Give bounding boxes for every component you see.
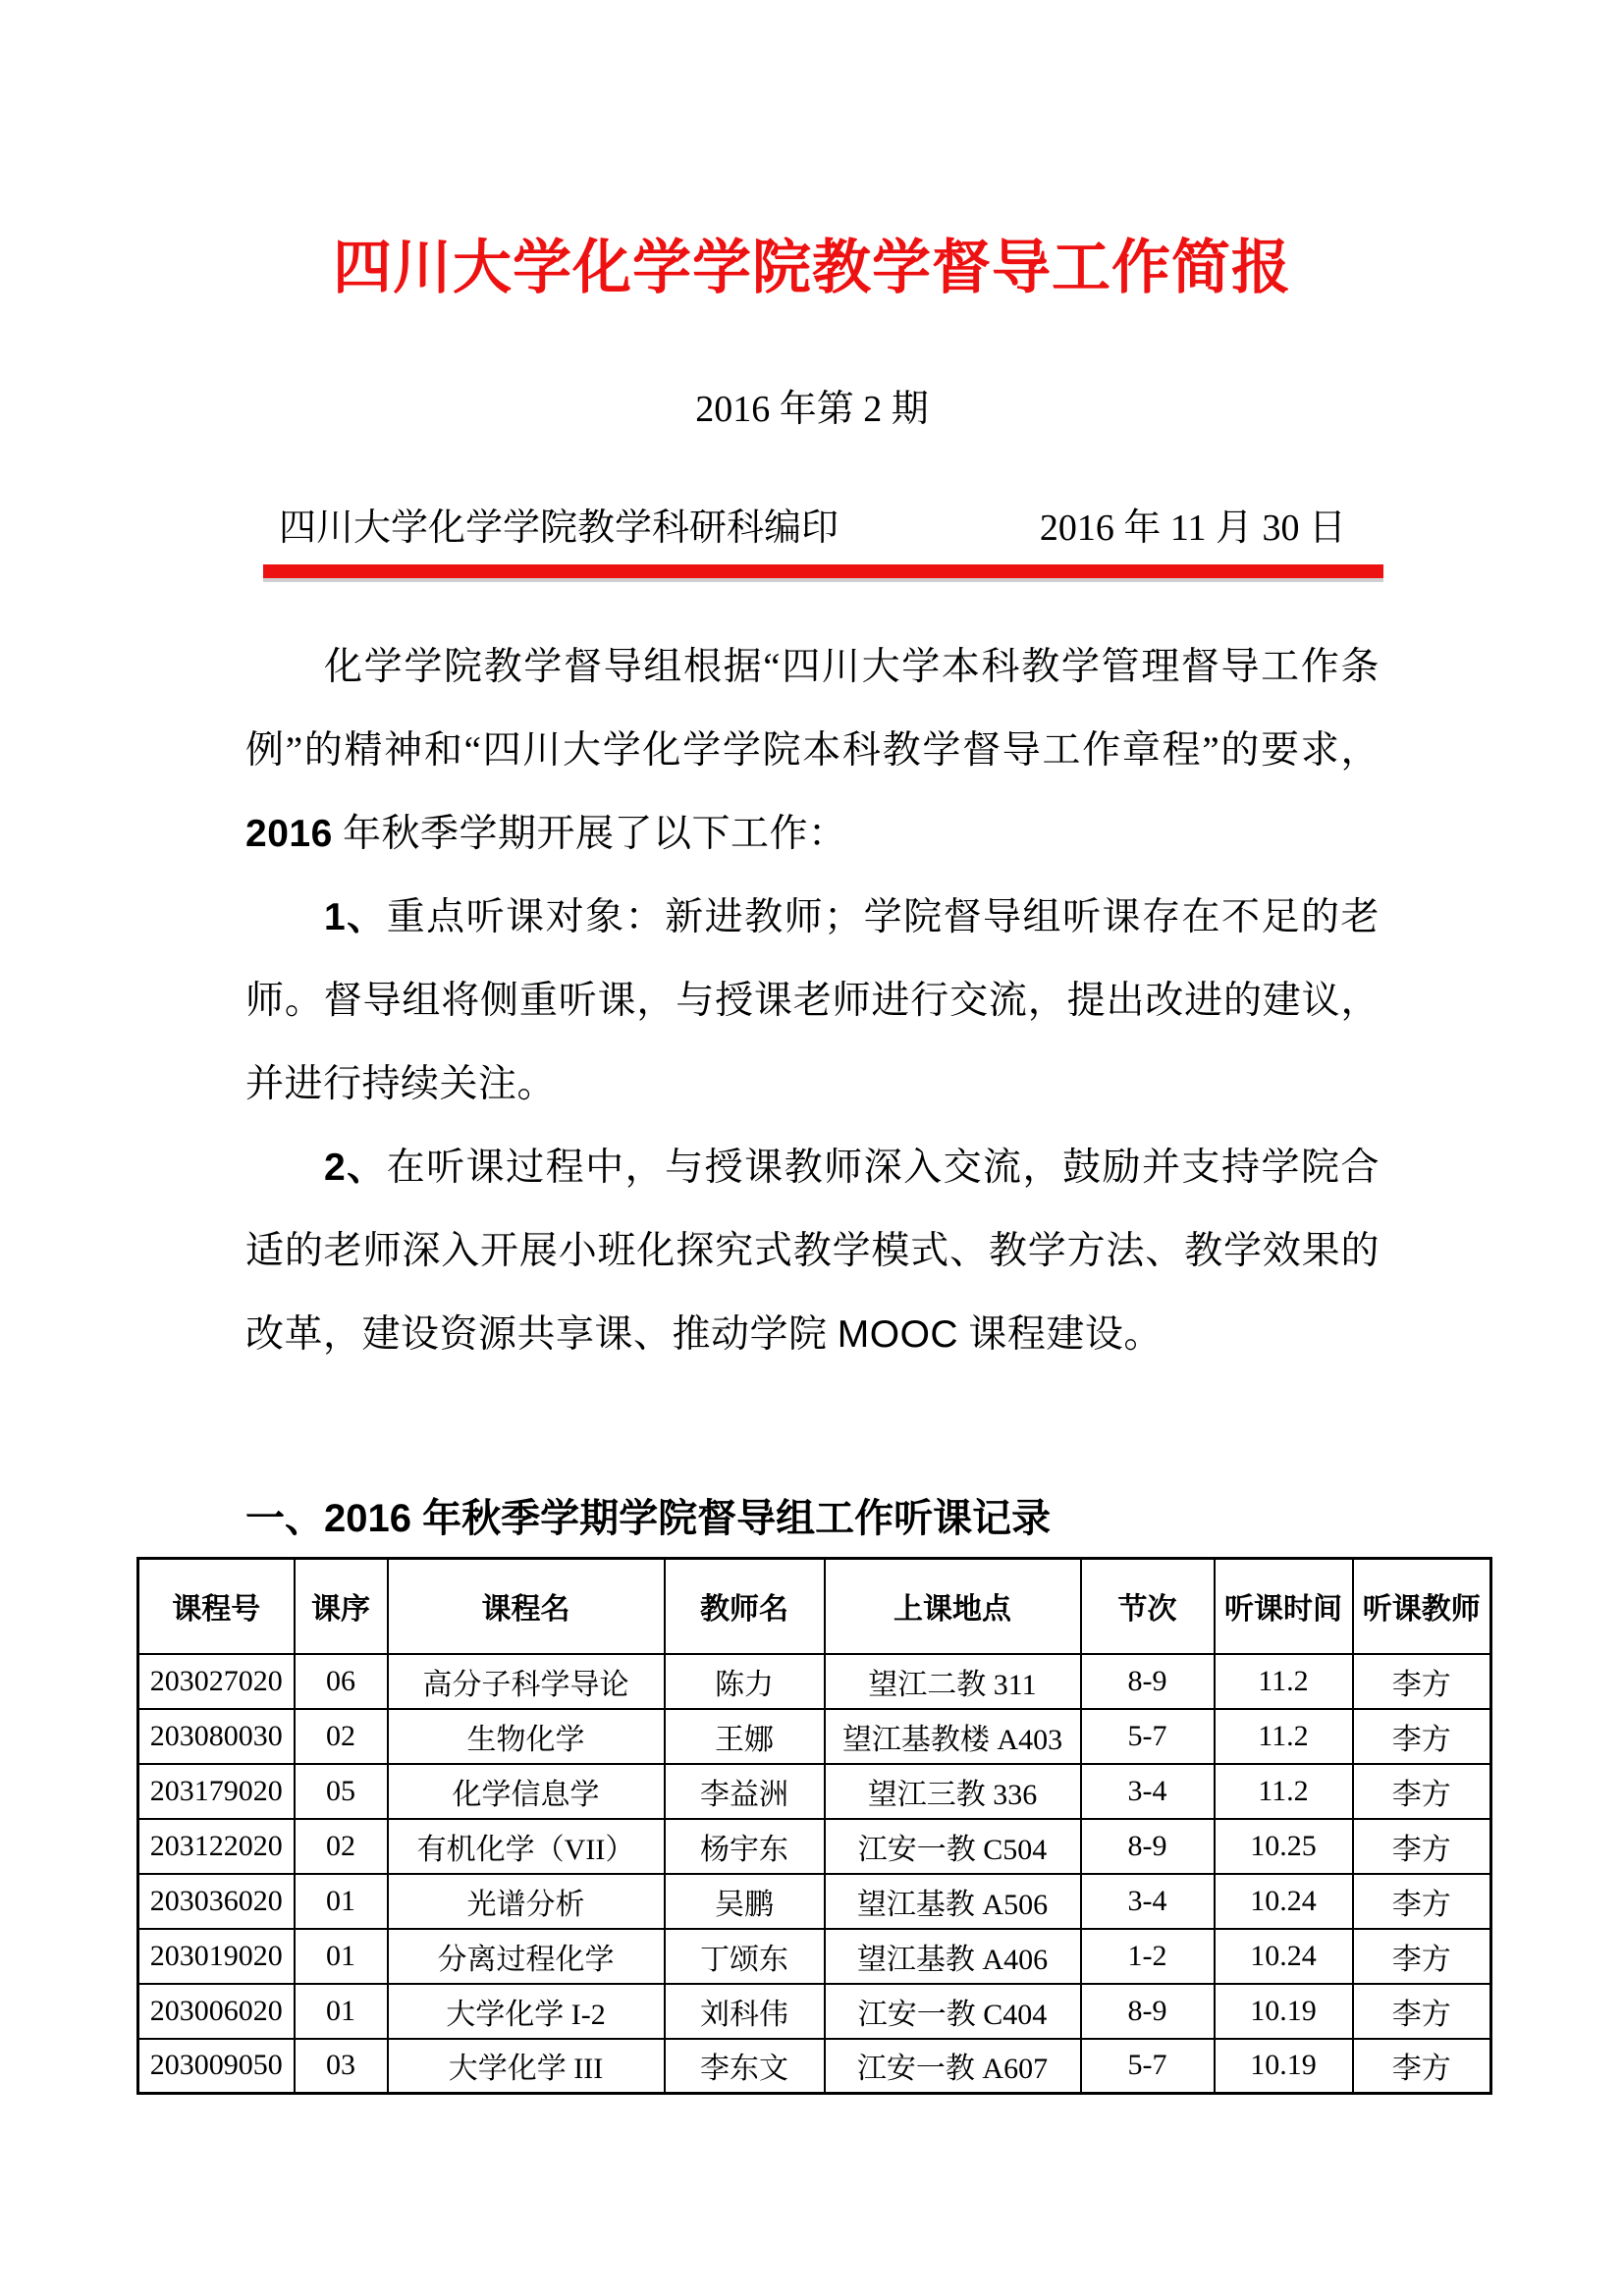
table-row: 203036020 01 光谱分析 吴鹏 望江基教 A506 3-4 10.24…	[138, 1874, 1491, 1929]
table-row: 203006020 01 大学化学 I-2 刘科伟 江安一教 C404 8-9 …	[138, 1984, 1491, 2039]
cell-location: 望江基教 A506	[825, 1874, 1081, 1929]
paragraph-item-2-number: 2、	[324, 1147, 387, 1189]
cell-course-id: 203036020	[138, 1874, 295, 1929]
paragraph-intro: 化学学院教学督导组根据“四川大学本科教学管理督导工作条例”的精神和“四川大学化学…	[245, 625, 1380, 876]
cell-course-name: 大学化学 III	[388, 2039, 665, 2094]
cell-location: 望江二教 311	[825, 1654, 1081, 1709]
issue-number: 2016 年第 2 期	[0, 388, 1624, 431]
cell-location: 望江基教楼 A403	[825, 1709, 1081, 1764]
col-header-location: 上课地点	[825, 1559, 1081, 1654]
section-heading-pre: 一、	[245, 1497, 324, 1540]
cell-period: 5-7	[1081, 1709, 1215, 1764]
cell-section: 06	[295, 1654, 388, 1709]
cell-period: 3-4	[1081, 1764, 1215, 1819]
cell-course-name: 化学信息学	[388, 1764, 665, 1819]
cell-teacher: 刘科伟	[665, 1984, 825, 2039]
table-row: 203080030 02 生物化学 王娜 望江基教楼 A403 5-7 11.2…	[138, 1709, 1491, 1764]
cell-audit-time: 11.2	[1215, 1709, 1353, 1764]
cell-section: 02	[295, 1819, 388, 1874]
section-heading: 一、2016 年秋季学期学院督导组工作听课记录	[245, 1494, 1624, 1543]
editor-label: 四川大学化学学院教学科研科编印	[279, 506, 839, 551]
paragraph-item-2: 2、在听课过程中，与授课教师深入交流，鼓励并支持学院合适的老师深入开展小班化探究…	[245, 1126, 1380, 1376]
publish-date: 2016 年 11 月 30 日	[1040, 506, 1346, 551]
cell-teacher: 王娜	[665, 1709, 825, 1764]
cell-auditor: 李方	[1353, 2039, 1491, 2094]
col-header-course-name: 课程名	[388, 1559, 665, 1654]
cell-period: 3-4	[1081, 1874, 1215, 1929]
cell-course-id: 203122020	[138, 1819, 295, 1874]
cell-teacher: 陈力	[665, 1654, 825, 1709]
paragraph-intro-text-b: 年秋季学期开展了以下工作：	[333, 813, 847, 855]
cell-teacher: 吴鹏	[665, 1874, 825, 1929]
cell-course-name: 大学化学 I-2	[388, 1984, 665, 2039]
paragraph-intro-text-a: 化学学院教学督导组根据“四川大学本科教学管理督导工作条例”的精神和“四川大学化学…	[245, 646, 1380, 772]
cell-course-name: 高分子科学导论	[388, 1654, 665, 1709]
cell-location: 江安一教 C404	[825, 1984, 1081, 2039]
cell-period: 1-2	[1081, 1929, 1215, 1984]
cell-period: 8-9	[1081, 1654, 1215, 1709]
cell-auditor: 李方	[1353, 1819, 1491, 1874]
cell-period: 8-9	[1081, 1984, 1215, 2039]
cell-location: 望江基教 A406	[825, 1929, 1081, 1984]
cell-section: 01	[295, 1984, 388, 2039]
cell-period: 5-7	[1081, 2039, 1215, 2094]
cell-course-name: 生物化学	[388, 1709, 665, 1764]
table-row: 203122020 02 有机化学（VII） 杨宇东 江安一教 C504 8-9…	[138, 1819, 1491, 1874]
section-heading-year: 2016	[324, 1497, 411, 1540]
cell-section: 02	[295, 1709, 388, 1764]
masthead-row: 四川大学化学学院教学科研科编印 2016 年 11 月 30 日	[263, 506, 1383, 578]
cell-teacher: 李东文	[665, 2039, 825, 2094]
cell-course-id: 203080030	[138, 1709, 295, 1764]
col-header-teacher: 教师名	[665, 1559, 825, 1654]
cell-audit-time: 10.24	[1215, 1929, 1353, 1984]
col-header-auditor: 听课教师	[1353, 1559, 1491, 1654]
cell-location: 望江三教 336	[825, 1764, 1081, 1819]
cell-audit-time: 10.19	[1215, 2039, 1353, 2094]
cell-section: 03	[295, 2039, 388, 2094]
cell-audit-time: 10.25	[1215, 1819, 1353, 1874]
table-row: 203027020 06 高分子科学导论 陈力 望江二教 311 8-9 11.…	[138, 1654, 1491, 1709]
course-audit-table: 课程号 课序 课程名 教师名 上课地点 节次 听课时间 听课教师 2030270…	[136, 1557, 1492, 2095]
cell-audit-time: 11.2	[1215, 1654, 1353, 1709]
cell-course-id: 203179020	[138, 1764, 295, 1819]
col-header-audit-time: 听课时间	[1215, 1559, 1353, 1654]
cell-audit-time: 11.2	[1215, 1764, 1353, 1819]
table-row: 203009050 03 大学化学 III 李东文 江安一教 A607 5-7 …	[138, 2039, 1491, 2094]
paragraph-item-1: 1、重点听课对象：新进教师；学院督导组听课存在不足的老师。督导组将侧重听课，与授…	[245, 876, 1380, 1126]
cell-auditor: 李方	[1353, 1874, 1491, 1929]
col-header-section: 课序	[295, 1559, 388, 1654]
section-heading-post: 年秋季学期学院督导组工作听课记录	[411, 1497, 1051, 1540]
cell-auditor: 李方	[1353, 1709, 1491, 1764]
cell-section: 01	[295, 1874, 388, 1929]
paragraph-item-2-text-b: 课程建设。	[958, 1313, 1163, 1356]
cell-course-id: 203027020	[138, 1654, 295, 1709]
col-header-period: 节次	[1081, 1559, 1215, 1654]
document-page: { "colors": { "accent_red": "#ee1111", "…	[0, 0, 1624, 2296]
cell-course-id: 203019020	[138, 1929, 295, 1984]
cell-auditor: 李方	[1353, 1984, 1491, 2039]
paragraph-intro-year: 2016	[245, 813, 333, 855]
page-title: 四川大学化学学院教学督导工作简报	[0, 0, 1624, 301]
cell-course-id: 203006020	[138, 1984, 295, 2039]
paragraph-item-2-mooc: MOOC	[838, 1313, 958, 1356]
cell-teacher: 李益洲	[665, 1764, 825, 1819]
cell-auditor: 李方	[1353, 1764, 1491, 1819]
cell-location: 江安一教 A607	[825, 2039, 1081, 2094]
cell-auditor: 李方	[1353, 1654, 1491, 1709]
cell-course-name: 有机化学（VII）	[388, 1819, 665, 1874]
paragraph-item-1-text: 重点听课对象：新进教师；学院督导组听课存在不足的老师。督导组将侧重听课，与授课老…	[245, 896, 1380, 1105]
cell-teacher: 杨宇东	[665, 1819, 825, 1874]
col-header-course-id: 课程号	[138, 1559, 295, 1654]
cell-course-name: 分离过程化学	[388, 1929, 665, 1984]
paragraph-item-2-text-a: 在听课过程中，与授课教师深入交流，鼓励并支持学院合适的老师深入开展小班化探究式教…	[245, 1147, 1380, 1356]
table-row: 203179020 05 化学信息学 李益洲 望江三教 336 3-4 11.2…	[138, 1764, 1491, 1819]
paragraph-item-1-number: 1、	[324, 896, 387, 938]
cell-audit-time: 10.24	[1215, 1874, 1353, 1929]
table-row: 203019020 01 分离过程化学 丁颂东 望江基教 A406 1-2 10…	[138, 1929, 1491, 1984]
cell-course-name: 光谱分析	[388, 1874, 665, 1929]
cell-section: 05	[295, 1764, 388, 1819]
cell-location: 江安一教 C504	[825, 1819, 1081, 1874]
cell-section: 01	[295, 1929, 388, 1984]
cell-teacher: 丁颂东	[665, 1929, 825, 1984]
cell-audit-time: 10.19	[1215, 1984, 1353, 2039]
table-header-row: 课程号 课序 课程名 教师名 上课地点 节次 听课时间 听课教师	[138, 1559, 1491, 1654]
cell-period: 8-9	[1081, 1819, 1215, 1874]
cell-auditor: 李方	[1353, 1929, 1491, 1984]
cell-course-id: 203009050	[138, 2039, 295, 2094]
